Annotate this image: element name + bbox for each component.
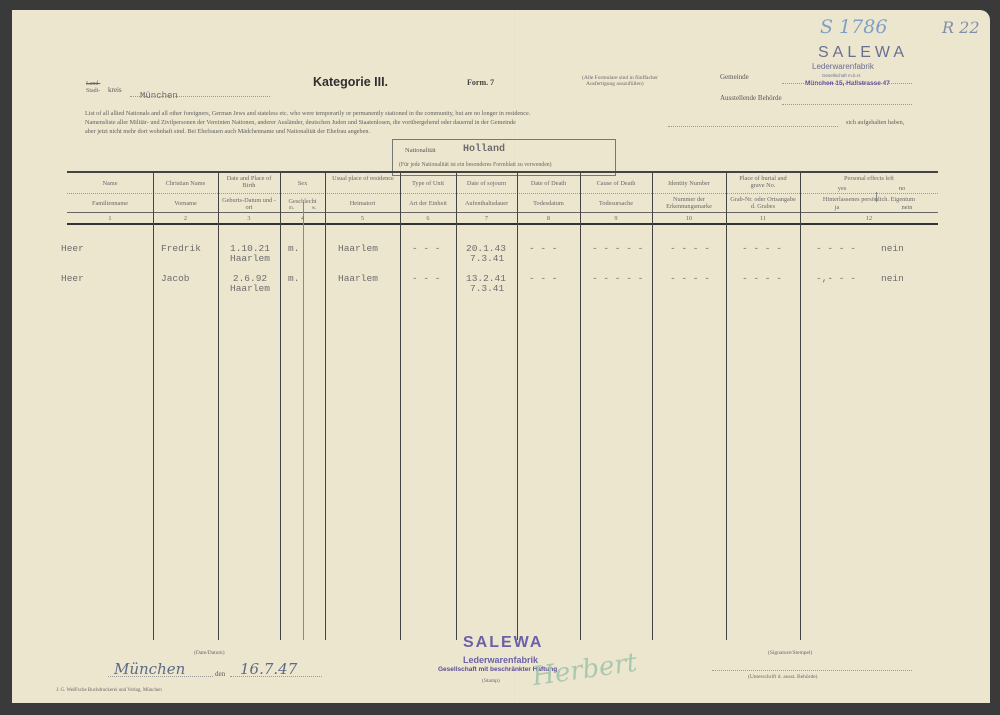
row-2-death-date: - - -: [529, 273, 558, 284]
row-2-burial: - - - -: [742, 273, 782, 284]
col-6-header-de: Art der Einheit: [400, 200, 456, 207]
col-divider-4: [325, 173, 326, 640]
row-1-burial: - - - -: [742, 243, 782, 254]
form-note: (Alle Formulare sind in fünffacher Ausfe…: [582, 75, 658, 87]
col-12-ja: ja: [822, 204, 852, 211]
row-1-sex: m.: [288, 243, 299, 254]
col-5-header-de: Heimatort: [325, 200, 400, 207]
col-3-header-de: Geburts-Datum und -ort: [222, 197, 276, 211]
stamp-company-name: SALEWA: [818, 44, 908, 62]
row-2-effects-yes: -,- - -: [816, 273, 856, 284]
col-5-number: 5: [325, 215, 400, 222]
gemeinde-field: [782, 76, 912, 84]
nationality-label: Nationalität: [405, 147, 436, 154]
intro-text-de: Namensliste aller Militär- und Zivilpers…: [85, 118, 516, 127]
col-1-header-de: Familienname: [67, 200, 153, 207]
nationality-value: Holland: [463, 144, 505, 155]
header-bottom-line: [67, 212, 938, 213]
col-divider-1: [153, 173, 154, 640]
col-divider-8: [580, 173, 581, 640]
row-2-effects-no: nein: [881, 273, 904, 284]
place-handwritten: München: [114, 660, 185, 678]
district-field: München: [130, 85, 270, 97]
authority-field: [782, 97, 912, 105]
handwritten-code: R 22: [942, 18, 980, 37]
col-divider-6: [456, 173, 457, 640]
place-field: München: [108, 666, 213, 677]
col-4-number: 4: [280, 215, 325, 222]
label-land: Land-: [86, 81, 100, 88]
handwritten-reference: S 1786: [820, 16, 887, 38]
signature-line: [712, 666, 912, 671]
stamp-line-1: Lederwarenfabrik: [812, 62, 874, 71]
row-1-death-cause: - - - - -: [592, 243, 643, 254]
den-label: den: [215, 670, 225, 678]
col-8-header-en: Date of Death: [517, 180, 580, 187]
colnum-bottom-line: [67, 223, 938, 225]
col-11-header-en: Place of burial and grave No.: [734, 175, 792, 189]
row-2-residence: Haarlem: [338, 273, 378, 284]
col-divider-5: [400, 173, 401, 640]
col-divider-10: [726, 173, 727, 640]
row-2-sex: m.: [288, 273, 299, 284]
form-note-line-2: Ausfertigung auszufüllen): [582, 81, 658, 87]
row-2-surname: Heer: [61, 273, 84, 284]
col-4-header-en: Sex: [280, 180, 325, 187]
col-1-number: 1: [67, 215, 153, 222]
district-label: Land- Stadt-: [86, 81, 100, 95]
document-page: S 1786 R 22 SALEWA Lederwarenfabrik Gese…: [12, 10, 990, 703]
gemeinde-dotted-line: [668, 122, 838, 127]
row-1-effects-yes: - - - -: [816, 243, 856, 254]
bottom-stamp-line-1: Lederwarenfabrik: [463, 655, 538, 665]
printer-imprint: J. G. Weiß'sche Buchdruckerei und Verlag…: [56, 688, 162, 694]
table-top-border: [67, 171, 938, 173]
signature-scrawl: Herbert: [530, 648, 639, 692]
col-divider-11: [800, 173, 801, 640]
row-1-identity: - - - -: [670, 243, 710, 254]
col-3-header-en: Date and Place of Birth: [222, 175, 276, 189]
date-handwritten: 16.7.47: [240, 660, 297, 678]
row-2-birth-place: Haarlem: [222, 283, 278, 294]
col-10-header-de: Nummer der Erkennungsmarke: [660, 196, 718, 210]
header-divider: [67, 193, 938, 195]
col-divider-7: [517, 173, 518, 640]
category-title: Kategorie III.: [313, 75, 388, 89]
row-2-sojourn-to: 7.3.41: [470, 283, 504, 294]
col-2-header-en: Christian Name: [153, 180, 218, 187]
date-label: (Date/Datum): [194, 650, 225, 656]
col-4-sub-m: m.: [280, 205, 303, 212]
date-field: 16.7.47: [230, 666, 322, 677]
col-3-number: 3: [218, 215, 280, 222]
row-1-sojourn-to: 7.3.41: [470, 253, 504, 264]
col-9-header-en: Cause of Death: [580, 180, 652, 187]
row-2-identity: - - - -: [670, 273, 710, 284]
col-10-number: 10: [652, 215, 726, 222]
row-1-first-name: Fredrik: [161, 243, 201, 254]
col-10-header-en: Identity Number: [652, 180, 726, 187]
col-divider-4-sub: [303, 202, 304, 640]
bottom-stamp-name: SALEWA: [463, 634, 543, 652]
col-7-header-en: Date of sojourn: [456, 180, 517, 187]
col-12-no: no: [882, 185, 922, 192]
col-12-number: 12: [800, 215, 938, 222]
label-stadt: Stadt-: [86, 88, 100, 95]
col-12-yes: yes: [822, 185, 862, 192]
authority-label: Ausstellende Behörde: [720, 94, 782, 102]
col-divider-3: [280, 173, 281, 640]
col-11-header-de: Grab-Nr. oder Ortsangabe d. Grabes: [728, 196, 798, 210]
col-8-header-de: Todesdatum: [517, 200, 580, 207]
name-label: (Unterschrift d. ausst. Behörde): [748, 674, 818, 680]
col-12-header-de: Hinterlassenes persönlich. Eigentum: [800, 196, 938, 203]
col-2-number: 2: [153, 215, 218, 222]
row-2-death-cause: - - - - -: [592, 273, 643, 284]
col-4-header-de: Geschlecht: [280, 198, 325, 205]
col-2-header-de: Vorname: [153, 200, 218, 207]
col-4-sub-w: w.: [303, 205, 325, 212]
intro-text-de-2: aber jetzt nicht mehr dort wohnhaft sind…: [85, 127, 370, 136]
col-5-header-en: Usual place of residence: [332, 175, 394, 182]
col-divider-2: [218, 173, 219, 640]
col-12-nein: nein: [892, 204, 922, 211]
district-value: München: [130, 91, 178, 101]
intro-text-de-end: sich aufgehalten haben,: [846, 118, 904, 127]
row-1-unit: - - -: [412, 243, 441, 254]
nationality-note: (Für jede Nationalität ist ein besondere…: [399, 162, 552, 168]
col-6-header-en: Type of Unit: [400, 180, 456, 187]
col-8-number: 8: [517, 215, 580, 222]
col-7-number: 7: [456, 215, 517, 222]
col-6-number: 6: [400, 215, 456, 222]
col-12-header-en: Personal effects left: [800, 175, 938, 182]
form-number: Form. 7: [467, 78, 494, 87]
label-kreis: kreis: [108, 86, 122, 94]
row-1-death-date: - - -: [529, 243, 558, 254]
col-9-header-de: Todesursache: [580, 200, 652, 207]
row-1-birth-place: Haarlem: [222, 253, 278, 264]
row-2-first-name: Jacob: [161, 273, 190, 284]
col-1-header-en: Name: [67, 180, 153, 187]
col-9-number: 9: [580, 215, 652, 222]
gemeinde-label: Gemeinde: [720, 73, 749, 81]
row-2-unit: - - -: [412, 273, 441, 284]
intro-text-en: List of all allied Nationals and all oth…: [85, 109, 530, 118]
row-1-surname: Heer: [61, 243, 84, 254]
col-11-number: 11: [726, 215, 800, 222]
col-7-header-de: Aufenthaltsdauer: [456, 200, 517, 207]
stamp-label: (Stamp): [482, 678, 500, 684]
col-divider-9: [652, 173, 653, 640]
signature-label: (Signature/Stempel): [768, 650, 812, 656]
row-1-residence: Haarlem: [338, 243, 378, 254]
row-1-effects-no: nein: [881, 243, 904, 254]
